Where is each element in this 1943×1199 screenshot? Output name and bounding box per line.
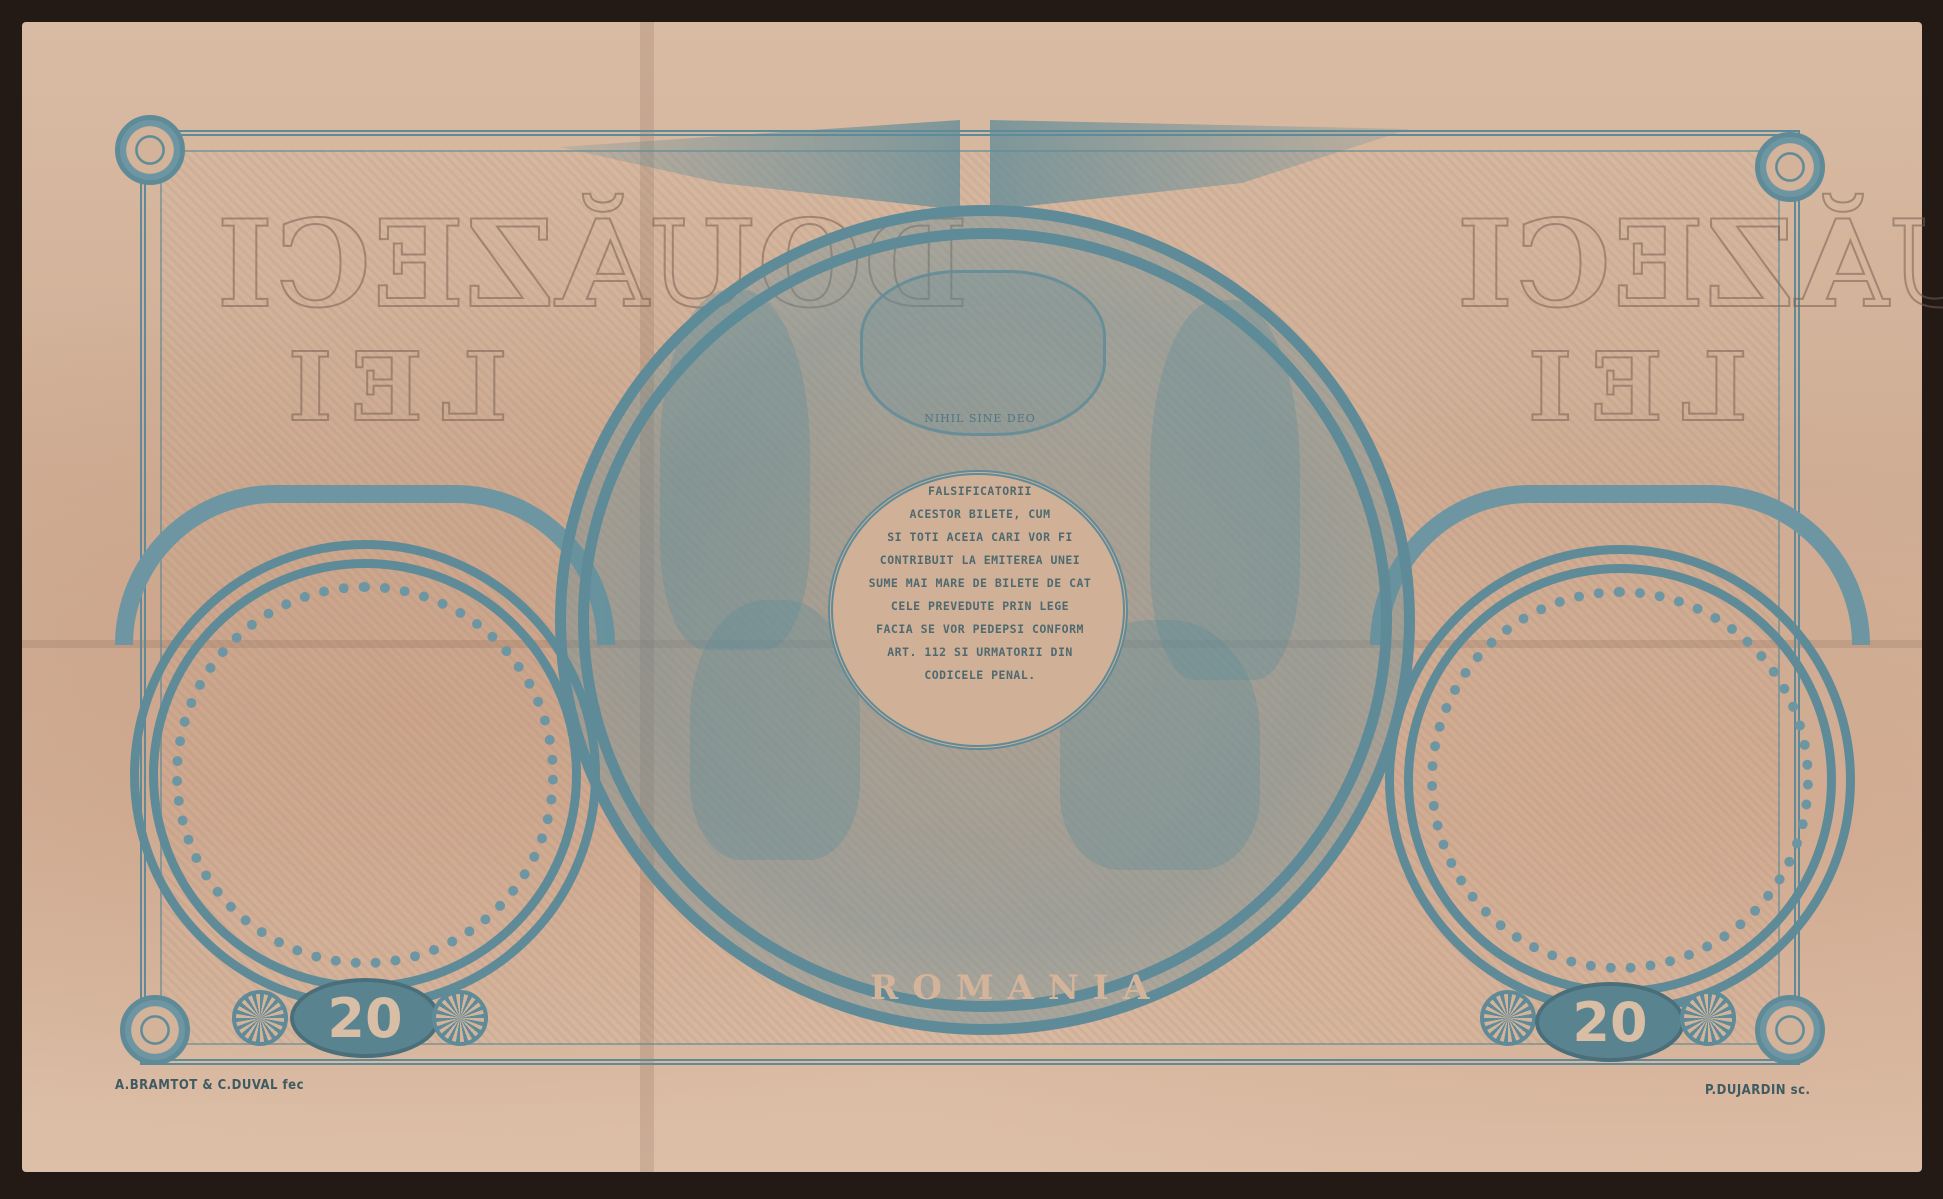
value-flank-rosette-icon — [1480, 990, 1536, 1046]
corner-rosette-bottom-left-icon — [120, 995, 190, 1065]
penal-line: CODICELE PENAL. — [835, 664, 1125, 687]
left-watermark-ring — [130, 540, 600, 1010]
corner-rosette-top-left-icon — [115, 115, 185, 185]
denomination-numeral-right: 20 — [1535, 982, 1685, 1062]
penal-line: CONTRIBUIT LA EMITEREA UNEI — [835, 549, 1125, 572]
right-watermark-ring — [1385, 545, 1855, 1015]
denomination-ghost-right-top: DOUĂZECI — [1455, 205, 1943, 325]
denomination-numeral-left: 20 — [290, 978, 440, 1058]
penal-line: FALSIFICATORII — [835, 480, 1125, 503]
value-flank-rosette-icon — [1680, 990, 1736, 1046]
denomination-ghost-right-bottom: LEI — [1510, 340, 1748, 435]
penal-line: SUME MAI MARE DE BILETE DE CAT — [835, 572, 1125, 595]
penal-line: CELE PREVEDUTE PRIN LEGE — [835, 595, 1125, 618]
corner-rosette-bottom-right-icon — [1755, 995, 1825, 1065]
value-flank-rosette-icon — [232, 990, 288, 1046]
denomination-ghost-left-bottom: LEI — [270, 340, 508, 435]
coat-of-arms-motto: NIHIL SINE DEO — [895, 412, 1065, 425]
designer-credit: A.BRAMTOT & C.DUVAL fec — [115, 1078, 304, 1093]
allegorical-figure-seated-man — [660, 290, 810, 650]
penal-line: ART. 112 SI URMATORII DIN — [835, 641, 1125, 664]
penal-warning-text: FALSIFICATORII ACESTOR BILETE, CUM SI TO… — [835, 480, 1125, 687]
value-flank-rosette-icon — [432, 990, 488, 1046]
engraver-credit: P.DUJARDIN sc. — [1705, 1083, 1811, 1098]
penal-line: FACIA SE VOR PEDEPSI CONFORM — [835, 618, 1125, 641]
country-inscription: ROMANIA — [870, 968, 1110, 1008]
corner-rosette-top-right-icon — [1755, 132, 1825, 202]
penal-line: ACESTOR BILETE, CUM — [835, 503, 1125, 526]
penal-line: SI TOTI ACEIA CARI VOR FI — [835, 526, 1125, 549]
